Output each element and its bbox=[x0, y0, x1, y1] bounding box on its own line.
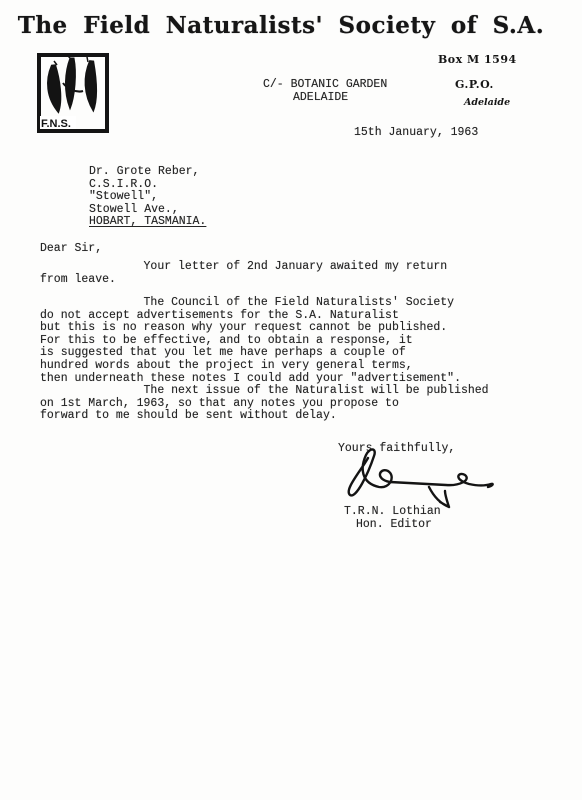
sender-address-line-1: C/- BOTANIC GARDEN bbox=[263, 79, 387, 92]
po-box-line: Box M 1594 bbox=[438, 53, 517, 66]
recipient-line: Dr. Grote Reber, bbox=[89, 166, 206, 179]
body-paragraph-1: Your letter of 2nd January awaited my re… bbox=[40, 261, 447, 286]
body-paragraph-2: The Council of the Field Naturalists' So… bbox=[40, 297, 461, 385]
letter-page: The Field Naturalists' Society of S.A. F… bbox=[0, 0, 582, 800]
recipient-address-block: Dr. Grote Reber, C.S.I.R.O. "Stowell", S… bbox=[89, 166, 206, 229]
date-line: 15th January, 1963 bbox=[354, 127, 478, 140]
sender-address-line-2: ADELAIDE bbox=[293, 92, 348, 105]
fns-society-logo: F.N.S. bbox=[37, 53, 109, 133]
salutation: Dear Sir, bbox=[40, 243, 102, 256]
logo-text: F.N.S. bbox=[41, 118, 71, 130]
signature-scrawl-icon bbox=[328, 446, 506, 512]
body-paragraph-3: The next issue of the Naturalist will be… bbox=[40, 385, 489, 423]
signer-name: T.R.N. Lothian bbox=[344, 506, 441, 519]
gpo-city-line: Adelaide bbox=[464, 97, 510, 108]
signer-title: Hon. Editor bbox=[356, 519, 432, 532]
recipient-line: "Stowell", bbox=[89, 191, 206, 204]
gpo-line: G.P.O. bbox=[455, 78, 494, 91]
letter-title: The Field Naturalists' Society of S.A. bbox=[0, 12, 562, 39]
seed-pods-icon bbox=[45, 55, 100, 114]
recipient-line-city: HOBART, TASMANIA. bbox=[89, 216, 206, 229]
